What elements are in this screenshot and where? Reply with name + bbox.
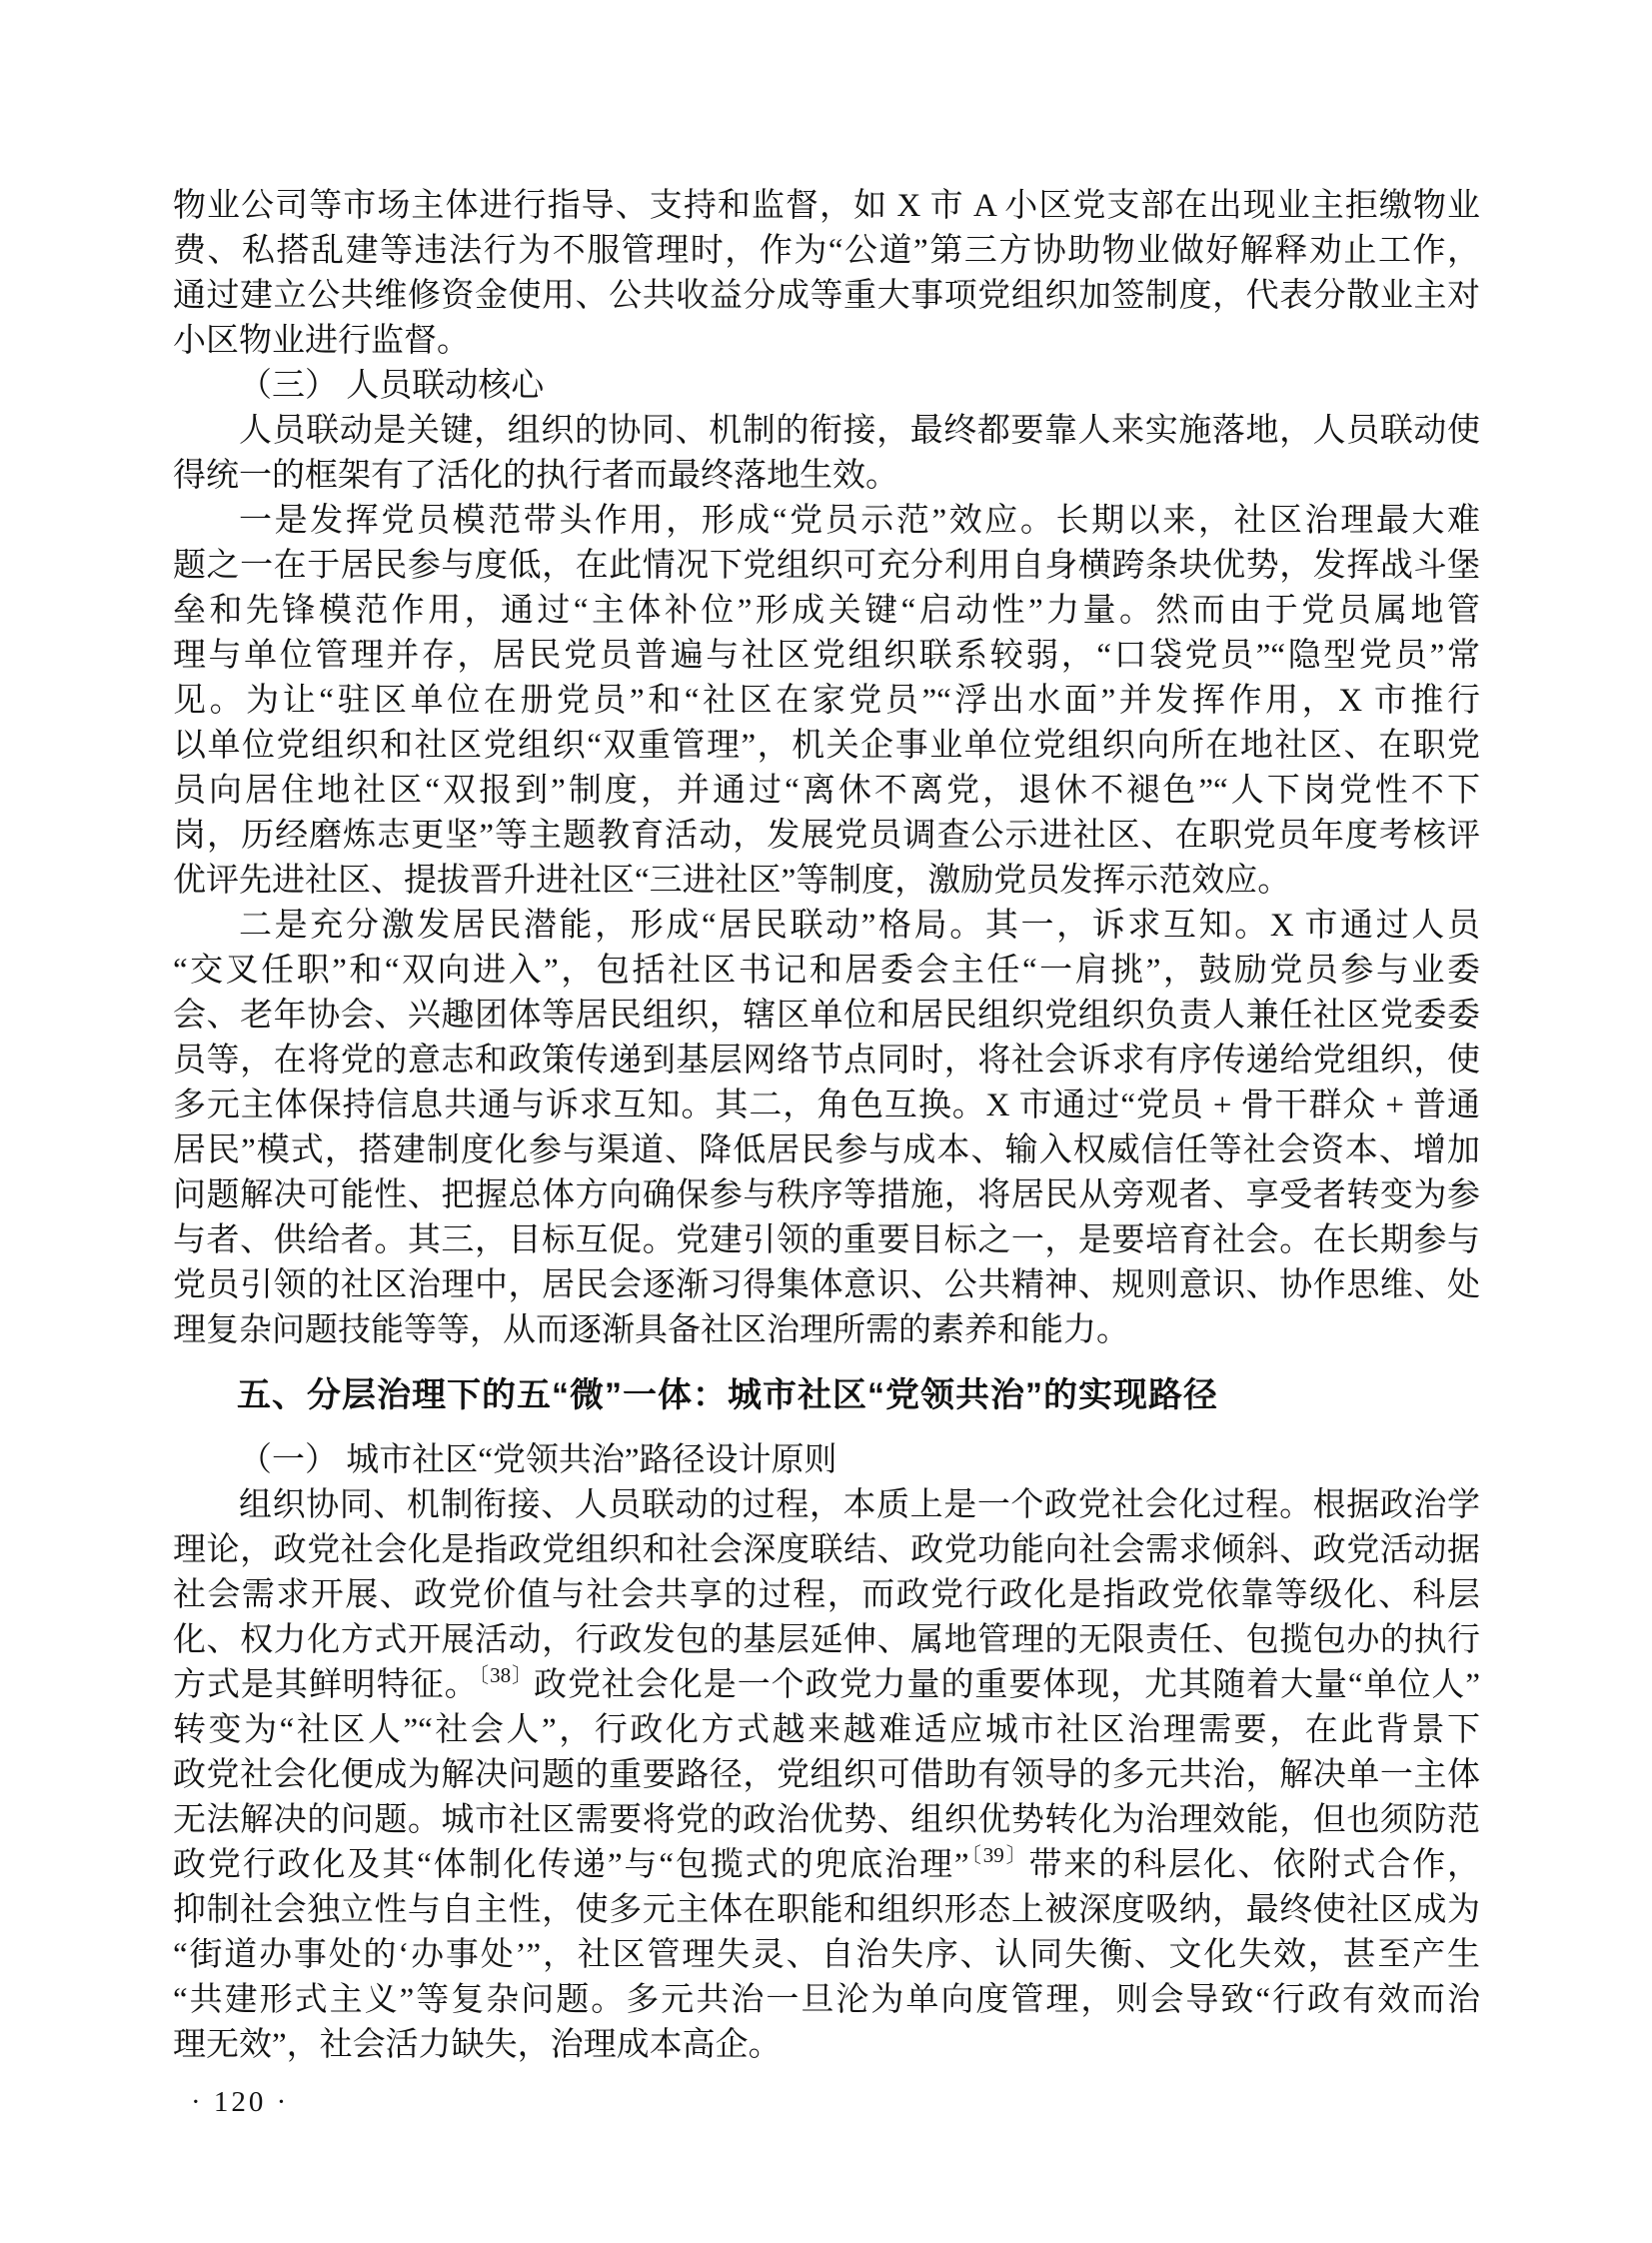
text-line: 小区物业进行监督。 xyxy=(173,319,1480,364)
article-body: 物业公司等市场主体进行指导、支持和监督，如 X 市 A 小区党支部在出现业主拒缴… xyxy=(173,184,1480,2122)
text-line: 社会需求开展、政党价值与社会共享的过程，而政党行政化是指政党依靠等级化、科层 xyxy=(173,1573,1480,1618)
text-line: 题之一在于居民参与度低，在此情况下党组织可充分利用自身横跨条块优势，发挥战斗堡 xyxy=(173,544,1480,589)
text-line: 员等，在将党的意志和政策传递到基层网络节点同时，将社会诉求有序传递给党组织，使 xyxy=(173,1039,1480,1084)
text-line: 方式是其鲜明特征。〔38〕政党社会化是一个政党力量的重要体现，尤其随着大量“单位… xyxy=(173,1663,1480,1708)
text-line: 无法解决的问题。城市社区需要将党的政治优势、组织优势转化为治理效能，但也须防范 xyxy=(173,1798,1480,1843)
text-line: 化、权力化方式开展活动，行政发包的基层延伸、属地管理的无限责任、包揽包办的执行 xyxy=(173,1618,1480,1663)
text-line: 与者、供给者。其三，目标互促。党建引领的重要目标之一，是要培育社会。在长期参与 xyxy=(173,1218,1480,1263)
text-line: “交叉任职”和“双向进入”，包括社区书记和居委会主任“一肩挑”，鼓励党员参与业委 xyxy=(173,949,1480,994)
text-line: 二是充分激发居民潜能，形成“居民联动”格局。其一，诉求互知。X 市通过人员 xyxy=(173,904,1480,949)
text-line: 费、私搭乱建等违法行为不服管理时，作为“公道”第三方协助物业做好解释劝止工作， xyxy=(173,229,1480,274)
text-line: 理与单位管理并存，居民党员普遍与社区党组织联系较弱，“口袋党员”“隐型党员”常 xyxy=(173,634,1480,679)
subsection-heading: （一） 城市社区“党领共治”路径设计原则 xyxy=(173,1438,1480,1483)
text-line: 转变为“社区人”“社会人”，行政化方式越来越难适应城市社区治理需要，在此背景下 xyxy=(173,1708,1480,1753)
text-line: 组织协同、机制衔接、人员联动的过程，本质上是一个政党社会化过程。根据政治学 xyxy=(173,1483,1480,1528)
text-line: 见。为让“驻区单位在册党员”和“社区在家党员”“浮出水面”并发挥作用，X 市推行 xyxy=(173,679,1480,724)
text-line: 物业公司等市场主体进行指导、支持和监督，如 X 市 A 小区党支部在出现业主拒缴… xyxy=(173,184,1480,229)
text-line: 抑制社会独立性与自主性，使多元主体在职能和组织形态上被深度吸纳，最终使社区成为 xyxy=(173,1888,1480,1933)
text-line: 政党社会化便成为解决问题的重要路径，党组织可借助有领导的多元共治，解决单一主体 xyxy=(173,1753,1480,1798)
citation-superscript: 〔38〕 xyxy=(479,1663,534,1687)
text-line: 理论，政党社会化是指政党组织和社会深度联结、政党功能向社会需求倾斜、政党活动据 xyxy=(173,1528,1480,1573)
text-line: “共建形式主义”等复杂问题。多元共治一旦沦为单向度管理，则会导致“行政有效而治 xyxy=(173,1978,1480,2023)
citation-superscript: 〔39〕 xyxy=(969,1843,1029,1867)
subsection-heading: （三） 人员联动核心 xyxy=(173,364,1480,409)
document-page: 物业公司等市场主体进行指导、支持和监督，如 X 市 A 小区党支部在出现业主拒缴… xyxy=(0,0,1652,2243)
text-line: 一是发挥党员模范带头作用，形成“党员示范”效应。长期以来，社区治理最大难 xyxy=(173,499,1480,544)
text-line: 以单位党组织和社区党组织“双重管理”，机关企事业单位党组织向所在地社区、在职党 xyxy=(173,724,1480,769)
text-line: 党员引领的社区治理中，居民会逐渐习得集体意识、公共精神、规则意识、协作思维、处 xyxy=(173,1263,1480,1308)
text-line: 员向居住地社区“双报到”制度，并通过“离休不离党，退休不褪色”“人下岗党性不下 xyxy=(173,769,1480,814)
text-line: 居民”模式，搭建制度化参与渠道、降低居民参与成本、输入权威信任等社会资本、增加 xyxy=(173,1128,1480,1173)
text-line: 优评先进社区、提拔晋升进社区“三进社区”等制度，激励党员发挥示范效应。 xyxy=(173,859,1480,904)
section-heading: 五、分层治理下的五“微”一体：城市社区“党领共治”的实现路径 xyxy=(173,1373,1480,1418)
text-line: 多元主体保持信息共通与诉求互知。其二，角色互换。X 市通过“党员 + 骨干群众 … xyxy=(173,1084,1480,1128)
text-line: 理无效”，社会活力缺失，治理成本高企。 xyxy=(173,2023,1480,2068)
text-line: 垒和先锋模范作用，通过“主体补位”形成关键“启动性”力量。然而由于党员属地管 xyxy=(173,589,1480,634)
text-line: 会、老年协会、兴趣团体等居民组织，辖区单位和居民组织党组织负责人兼任社区党委委 xyxy=(173,994,1480,1039)
page-number: · 120 · xyxy=(173,2082,1480,2122)
text-line: “街道办事处的‘办事处’”，社区管理失灵、自治失序、认同失衡、文化失效，甚至产生 xyxy=(173,1933,1480,1978)
text-line: 岗，历经磨炼志更坚”等主题教育活动，发展党员调查公示进社区、在职党员年度考核评 xyxy=(173,814,1480,859)
text-line: 通过建立公共维修资金使用、公共收益分成等重大事项党组织加签制度，代表分散业主对 xyxy=(173,274,1480,319)
text-line: 问题解决可能性、把握总体方向确保参与秩序等措施，将居民从旁观者、享受者转变为参 xyxy=(173,1173,1480,1218)
text-line: 得统一的框架有了活化的执行者而最终落地生效。 xyxy=(173,454,1480,499)
text-line: 理复杂问题技能等等，从而逐渐具备社区治理所需的素养和能力。 xyxy=(173,1308,1480,1353)
text-line: 政党行政化及其“体制化传递”与“包揽式的兜底治理”〔39〕带来的科层化、依附式合… xyxy=(173,1843,1480,1888)
text-line: 人员联动是关键，组织的协同、机制的衔接，最终都要靠人来实施落地，人员联动使 xyxy=(173,409,1480,454)
